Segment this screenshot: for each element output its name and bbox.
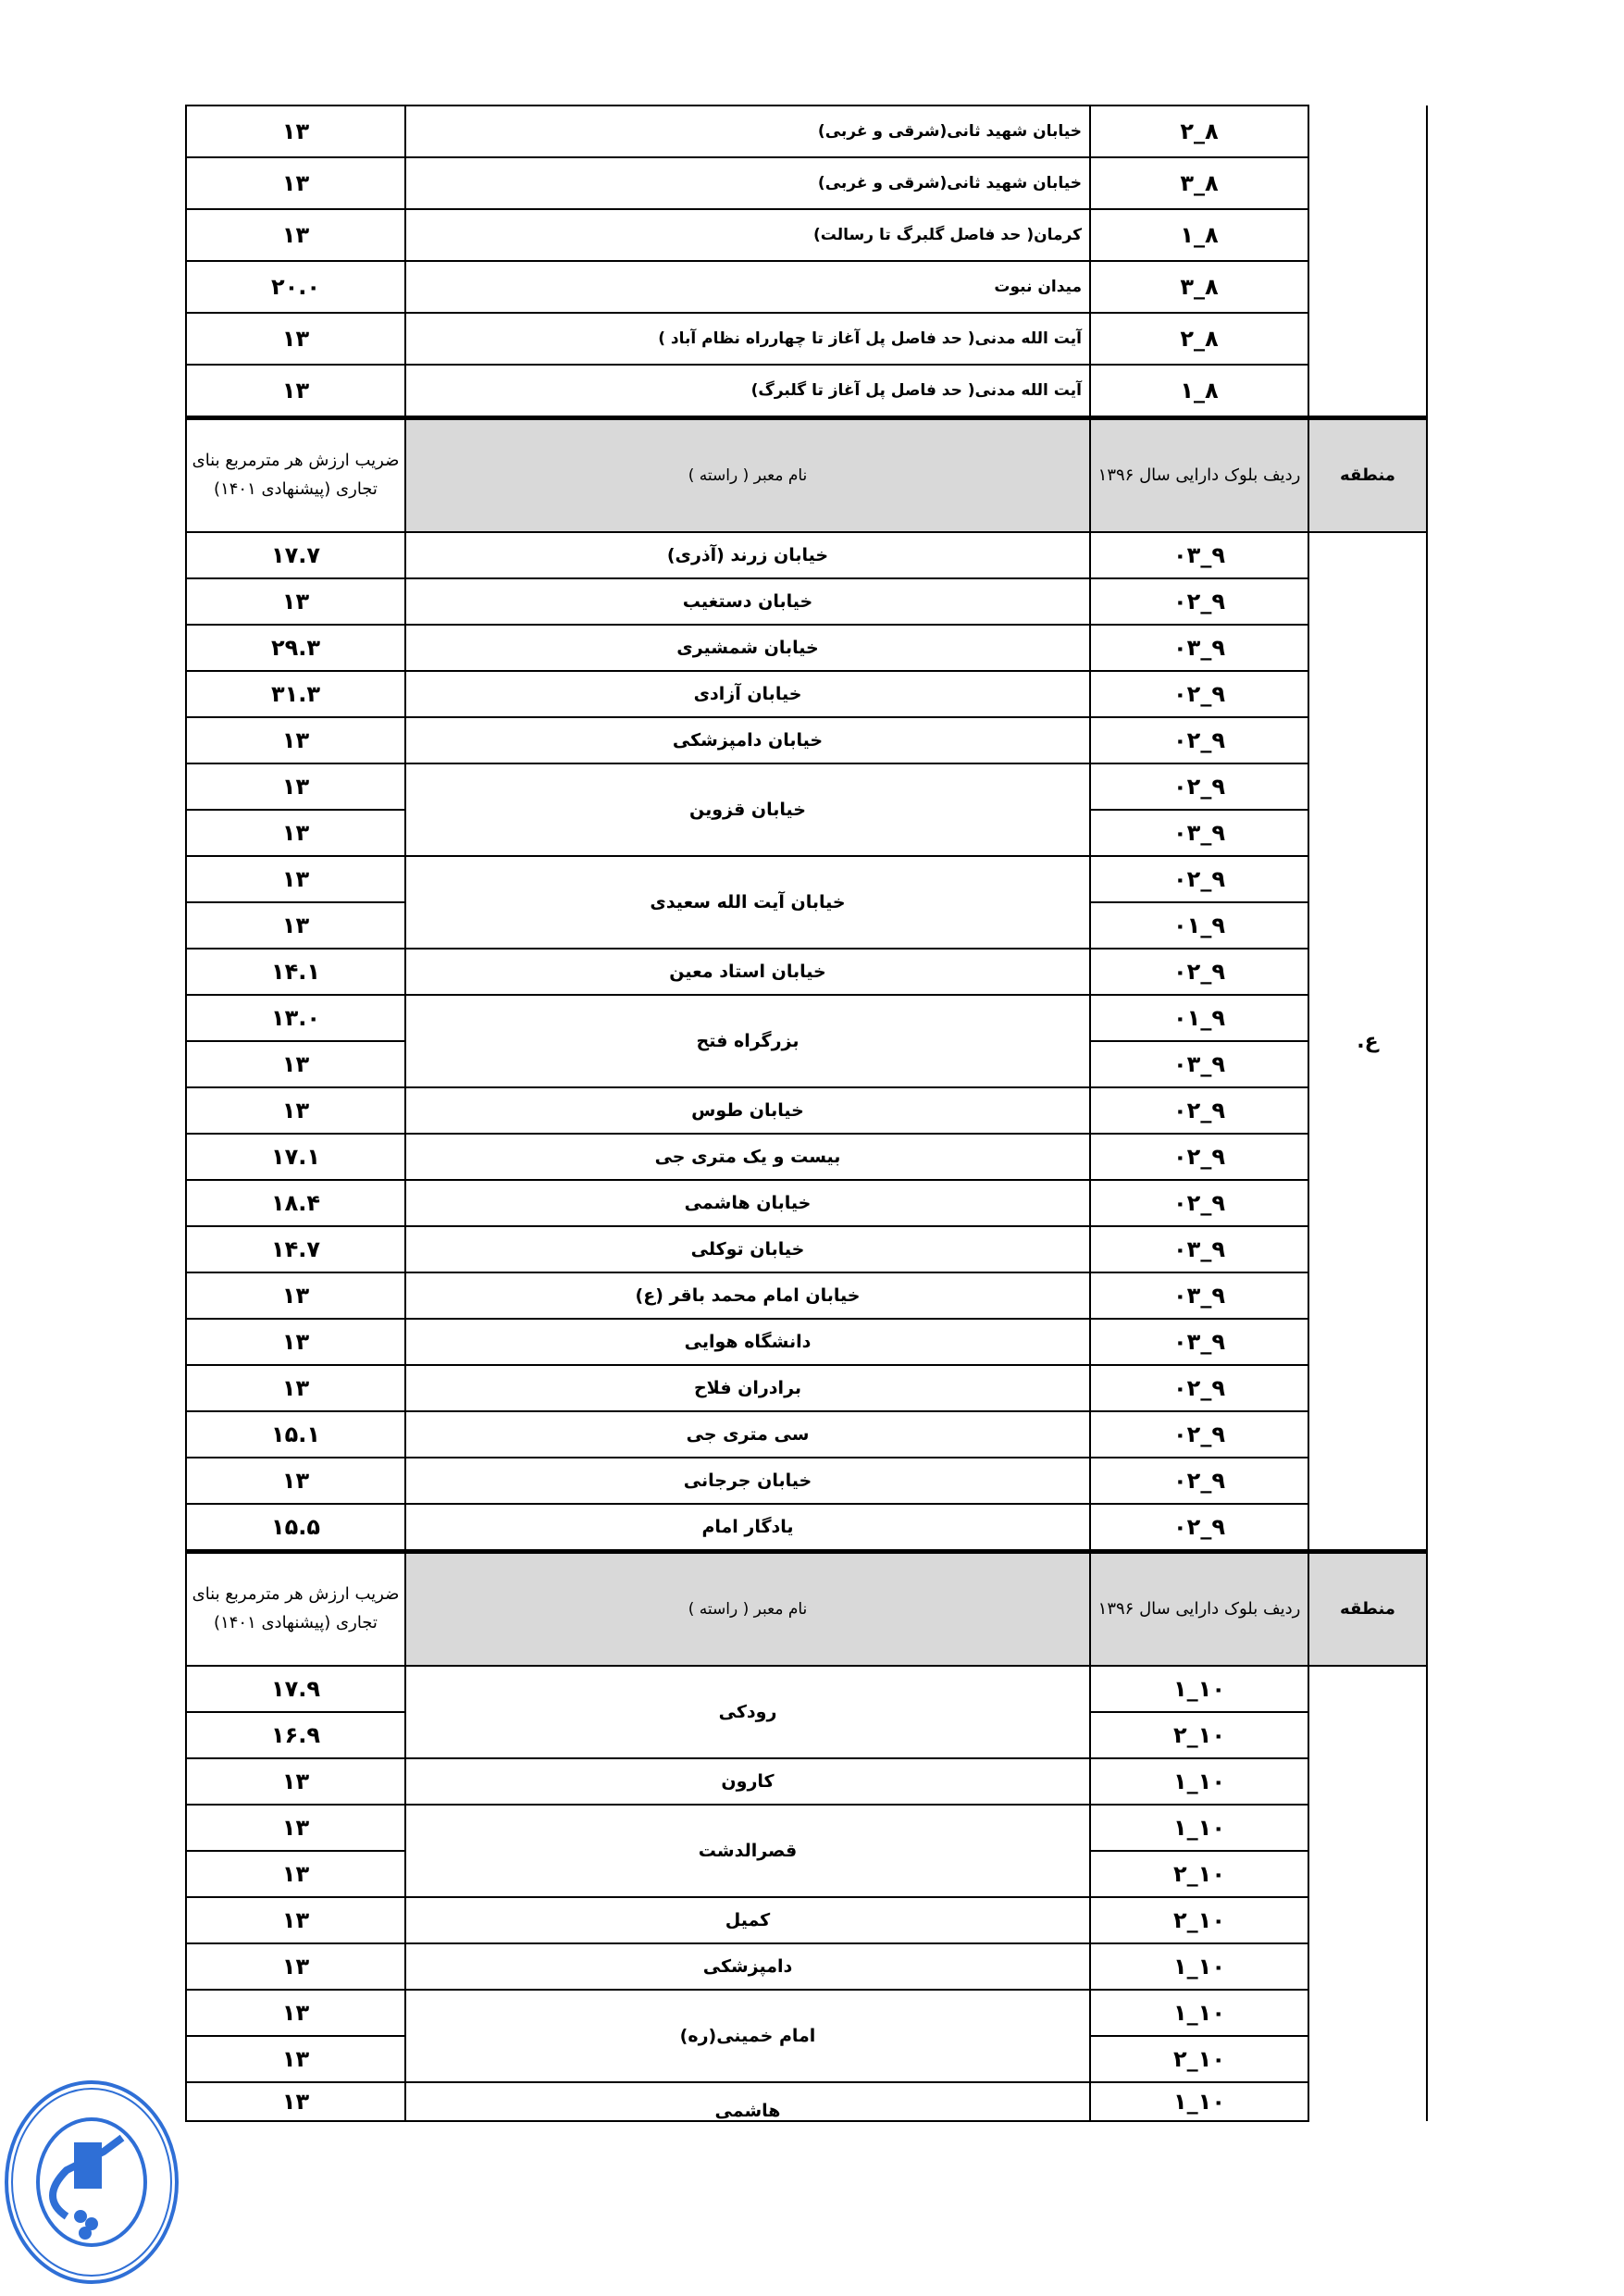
value-cell: ۱۳ [186, 1758, 405, 1805]
street-name-cell: خیابان دامپزشکی [405, 717, 1090, 763]
street-name-cell: خیابان جرجانی [405, 1458, 1090, 1504]
section-region-9: منطقه ردیف بلوک دارایی سال ۱۳۹۶ نام معبر… [186, 418, 1427, 1552]
street-name-cell: خیابان دستغیب [405, 578, 1090, 625]
value-cell: ۱۳ [186, 105, 405, 157]
value-cell: ۲۰.۰ [186, 261, 405, 313]
value-cell: ۱۳ [186, 1897, 405, 1943]
header-value: ضریب ارزش هر مترمربع بنای تجاری (پیشنهاد… [186, 418, 405, 533]
block-cell: ۹_۰۳ [1090, 1319, 1308, 1365]
street-name-cell: آیت الله مدنی( حد فاصل پل آغاز تا چهاررا… [405, 313, 1090, 365]
value-cell: ۱۳ [186, 856, 405, 902]
value-cell: ۱۵.۱ [186, 1411, 405, 1458]
table-row: ۸_۱ کرمان( حد فاصل گلبرگ تا رسالت) ۱۳ [186, 209, 1427, 261]
table-row: ۹_۰۲ خیابان آزادی ۳۱.۳ [186, 671, 1427, 717]
table-row: ۸_۲ خیابان شهید ثانی(شرقی و غربی) ۱۳ [186, 105, 1427, 157]
block-cell: ۱۰_۲ [1090, 2036, 1308, 2082]
value-cell: ۱۳ [186, 902, 405, 949]
block-cell: ۱۰_۱ [1090, 1758, 1308, 1805]
street-name-cell: خیابان توکلی [405, 1226, 1090, 1272]
table-row: ۸_۳ خیابان شهید ثانی(شرقی و غربی) ۱۳ [186, 157, 1427, 209]
block-cell: ۱۰_۱ [1090, 1990, 1308, 2036]
value-cell: ۱۳ [186, 1365, 405, 1411]
block-cell: ۹_۰۲ [1090, 671, 1308, 717]
street-name-cell: خیابان شهید ثانی(شرقی و غربی) [405, 157, 1090, 209]
header-region: منطقه [1308, 418, 1427, 533]
region-cell [1308, 1666, 1427, 2121]
table-row: ۹_۰۲ سی متری جی ۱۵.۱ [186, 1411, 1427, 1458]
region-cell: ع. [1308, 532, 1427, 1552]
block-cell: ۹_۰۳ [1090, 532, 1308, 578]
block-cell: ۸_۱ [1090, 365, 1308, 418]
block-cell: ۱۰_۲ [1090, 1712, 1308, 1758]
street-name-cell: هاشمی [405, 2082, 1090, 2121]
street-name-cell: دانشگاه هوایی [405, 1319, 1090, 1365]
value-cell: ۱۳ [186, 1851, 405, 1897]
table-row: ۱۰_۱ قصرالدشت ۱۳ [186, 1805, 1427, 1851]
block-cell: ۹_۰۲ [1090, 949, 1308, 995]
value-cell: ۱۳ [186, 1458, 405, 1504]
value-cell: ۱۳.۰ [186, 995, 405, 1041]
table-row: ۹_۰۳ خیابان توکلی ۱۴.۷ [186, 1226, 1427, 1272]
block-cell: ۹_۰۳ [1090, 1226, 1308, 1272]
value-cell: ۱۳ [186, 2082, 405, 2121]
street-name-cell: خیابان آیت الله سعیدی [405, 856, 1090, 949]
table-row: ۹_۰۲ بیست و یک متری جی ۱۷.۱ [186, 1134, 1427, 1180]
table-row: ۹_۰۱ بزرگراه فتح ۱۳.۰ [186, 995, 1427, 1041]
header-block: ردیف بلوک دارایی سال ۱۳۹۶ [1090, 1552, 1308, 1667]
table-row: ۹_۰۲ یادگار امام ۱۵.۵ [186, 1504, 1427, 1552]
value-cell: ۲۹.۳ [186, 625, 405, 671]
street-name-cell: خیابان شمشیری [405, 625, 1090, 671]
stamp-seal-icon [2, 2078, 182, 2287]
street-name-cell: قصرالدشت [405, 1805, 1090, 1897]
council-stamp [2, 2078, 182, 2287]
value-cell: ۱۳ [186, 1805, 405, 1851]
table-row: ۱۰_۱ کارون ۱۳ [186, 1758, 1427, 1805]
block-cell: ۹_۰۲ [1090, 1180, 1308, 1226]
block-cell: ۱۰_۱ [1090, 1943, 1308, 1990]
value-cell: ۱۳ [186, 157, 405, 209]
street-name-cell: امام خمینی(ره) [405, 1990, 1090, 2082]
table-row: ۹_۰۲ خیابان دستغیب ۱۳ [186, 578, 1427, 625]
block-cell: ۹_۰۲ [1090, 1365, 1308, 1411]
value-cell: ۱۸.۴ [186, 1180, 405, 1226]
value-cell: ۱۳ [186, 810, 405, 856]
street-name-cell: رودکی [405, 1666, 1090, 1758]
block-cell: ۹_۰۲ [1090, 856, 1308, 902]
block-cell: ۹_۰۳ [1090, 625, 1308, 671]
header-street-name: نام معبر ( راسته ) [405, 1552, 1090, 1667]
value-cell: ۱۶.۹ [186, 1712, 405, 1758]
table-row: ۹_۰۲ خیابان استاد معین ۱۴.۱ [186, 949, 1427, 995]
block-cell: ۸_۲ [1090, 105, 1308, 157]
table-row: ۸_۳ میدان نبوت ۲۰.۰ [186, 261, 1427, 313]
street-name-cell: خیابان آزادی [405, 671, 1090, 717]
street-name-cell: کارون [405, 1758, 1090, 1805]
table-row: ۹_۰۳ دانشگاه هوایی ۱۳ [186, 1319, 1427, 1365]
value-cell: ۱۳ [186, 1943, 405, 1990]
value-cell: ۱۴.۷ [186, 1226, 405, 1272]
value-cell: ۱۷.۱ [186, 1134, 405, 1180]
street-name-cell: بزرگراه فتح [405, 995, 1090, 1087]
value-cell: ۱۳ [186, 763, 405, 810]
section-region-10: منطقه ردیف بلوک دارایی سال ۱۳۹۶ نام معبر… [186, 1552, 1427, 2122]
block-cell: ۹_۰۲ [1090, 1134, 1308, 1180]
street-name-cell: آیت الله مدنی( حد فاصل پل آغاز تا گلبرگ) [405, 365, 1090, 418]
header-region: منطقه [1308, 1552, 1427, 1667]
block-cell: ۹_۰۳ [1090, 1041, 1308, 1087]
block-cell: ۹_۰۲ [1090, 763, 1308, 810]
street-name-cell: خیابان شهید ثانی(شرقی و غربی) [405, 105, 1090, 157]
street-name-cell: کمیل [405, 1897, 1090, 1943]
header-street-name: نام معبر ( راسته ) [405, 418, 1090, 533]
street-name-cell: کرمان( حد فاصل گلبرگ تا رسالت) [405, 209, 1090, 261]
table-row: ۱۰_۱ امام خمینی(ره) ۱۳ [186, 1990, 1427, 2036]
value-cell: ۱۳ [186, 717, 405, 763]
table-row: ۱۰_۱ رودکی ۱۷.۹ [186, 1666, 1427, 1712]
street-name-cell: خیابان طوس [405, 1087, 1090, 1134]
block-cell: ۹_۰۲ [1090, 578, 1308, 625]
block-cell: ۹_۰۲ [1090, 1087, 1308, 1134]
street-name-cell: سی متری جی [405, 1411, 1090, 1458]
value-cell: ۳۱.۳ [186, 671, 405, 717]
block-cell: ۹_۰۲ [1090, 717, 1308, 763]
table-row: ۹_۰۲ خیابان جرجانی ۱۳ [186, 1458, 1427, 1504]
table-header-row: منطقه ردیف بلوک دارایی سال ۱۳۹۶ نام معبر… [186, 1552, 1427, 1667]
street-name-cell: بیست و یک متری جی [405, 1134, 1090, 1180]
table-row: ۹_۰۲ برادران فلاح ۱۳ [186, 1365, 1427, 1411]
value-cell: ۱۵.۵ [186, 1504, 405, 1552]
block-cell: ۹_۰۳ [1090, 1272, 1308, 1319]
street-name-cell: خیابان هاشمی [405, 1180, 1090, 1226]
street-name-cell: یادگار امام [405, 1504, 1090, 1552]
table-row: ۸_۱ آیت الله مدنی( حد فاصل پل آغاز تا گل… [186, 365, 1427, 418]
value-cell: ۱۳ [186, 1041, 405, 1087]
block-cell: ۹_۰۱ [1090, 902, 1308, 949]
value-cell: ۱۳ [186, 1990, 405, 2036]
block-cell: ۸_۲ [1090, 313, 1308, 365]
value-cell: ۱۳ [186, 209, 405, 261]
table-row: ۹_۰۳ خیابان امام محمد باقر (ع) ۱۳ [186, 1272, 1427, 1319]
block-cell: ۸_۳ [1090, 157, 1308, 209]
value-cell: ۱۳ [186, 578, 405, 625]
value-cell: ۱۷.۹ [186, 1666, 405, 1712]
document-page: ۸_۲ خیابان شهید ثانی(شرقی و غربی) ۱۳ ۸_۳… [185, 105, 1426, 2122]
header-value: ضریب ارزش هر مترمربع بنای تجاری (پیشنهاد… [186, 1552, 405, 1667]
block-cell: ۹_۰۱ [1090, 995, 1308, 1041]
block-cell: ۹_۰۲ [1090, 1411, 1308, 1458]
street-name-cell: خیابان زرند (آذری) [405, 532, 1090, 578]
block-cell: ۹_۰۳ [1090, 810, 1308, 856]
value-cell: ۱۷.۷ [186, 532, 405, 578]
value-cell: ۱۴.۱ [186, 949, 405, 995]
table-row: ۹_۰۲ خیابان قزوین ۱۳ [186, 763, 1427, 810]
street-name-cell: خیابان استاد معین [405, 949, 1090, 995]
table-row: ۹_۰۲ خیابان هاشمی ۱۸.۴ [186, 1180, 1427, 1226]
value-cell: ۱۳ [186, 313, 405, 365]
region-cell [1308, 105, 1427, 418]
value-cell: ۱۳ [186, 1087, 405, 1134]
block-cell: ۱۰_۱ [1090, 1805, 1308, 1851]
block-cell: ۱۰_۲ [1090, 1851, 1308, 1897]
block-cell: ۸_۳ [1090, 261, 1308, 313]
block-cell: ۱۰_۱ [1090, 2082, 1308, 2121]
street-name-cell: خیابان امام محمد باقر (ع) [405, 1272, 1090, 1319]
block-cell: ۱۰_۱ [1090, 1666, 1308, 1712]
table-row: ۱۰_۲ کمیل ۱۳ [186, 1897, 1427, 1943]
table-header-row: منطقه ردیف بلوک دارایی سال ۱۳۹۶ نام معبر… [186, 418, 1427, 533]
value-cell: ۱۳ [186, 365, 405, 418]
table-row: ۹_۰۳ خیابان شمشیری ۲۹.۳ [186, 625, 1427, 671]
value-cell: ۱۳ [186, 1319, 405, 1365]
section-region-8: ۸_۲ خیابان شهید ثانی(شرقی و غربی) ۱۳ ۸_۳… [186, 105, 1427, 418]
header-block: ردیف بلوک دارایی سال ۱۳۹۶ [1090, 418, 1308, 533]
value-cell: ۱۳ [186, 1272, 405, 1319]
commercial-value-table: ۸_۲ خیابان شهید ثانی(شرقی و غربی) ۱۳ ۸_۳… [185, 105, 1428, 2122]
table-row: ع. ۹_۰۳ خیابان زرند (آذری) ۱۷.۷ [186, 532, 1427, 578]
block-cell: ۹_۰۲ [1090, 1504, 1308, 1552]
table-row: ۱۰_۱ دامپزشکی ۱۳ [186, 1943, 1427, 1990]
table-row: ۸_۲ آیت الله مدنی( حد فاصل پل آغاز تا چه… [186, 313, 1427, 365]
street-name-cell: خیابان قزوین [405, 763, 1090, 856]
table-row: ۹_۰۲ خیابان آیت الله سعیدی ۱۳ [186, 856, 1427, 902]
street-name-cell: میدان نبوت [405, 261, 1090, 313]
block-cell: ۹_۰۲ [1090, 1458, 1308, 1504]
street-name-cell: برادران فلاح [405, 1365, 1090, 1411]
table-row: ۹_۰۲ خیابان دامپزشکی ۱۳ [186, 717, 1427, 763]
block-cell: ۸_۱ [1090, 209, 1308, 261]
street-name-cell: دامپزشکی [405, 1943, 1090, 1990]
table-row: ۱۰_۱ هاشمی ۱۳ [186, 2082, 1427, 2121]
value-cell: ۱۳ [186, 2036, 405, 2082]
block-cell: ۱۰_۲ [1090, 1897, 1308, 1943]
table-row: ۹_۰۲ خیابان طوس ۱۳ [186, 1087, 1427, 1134]
